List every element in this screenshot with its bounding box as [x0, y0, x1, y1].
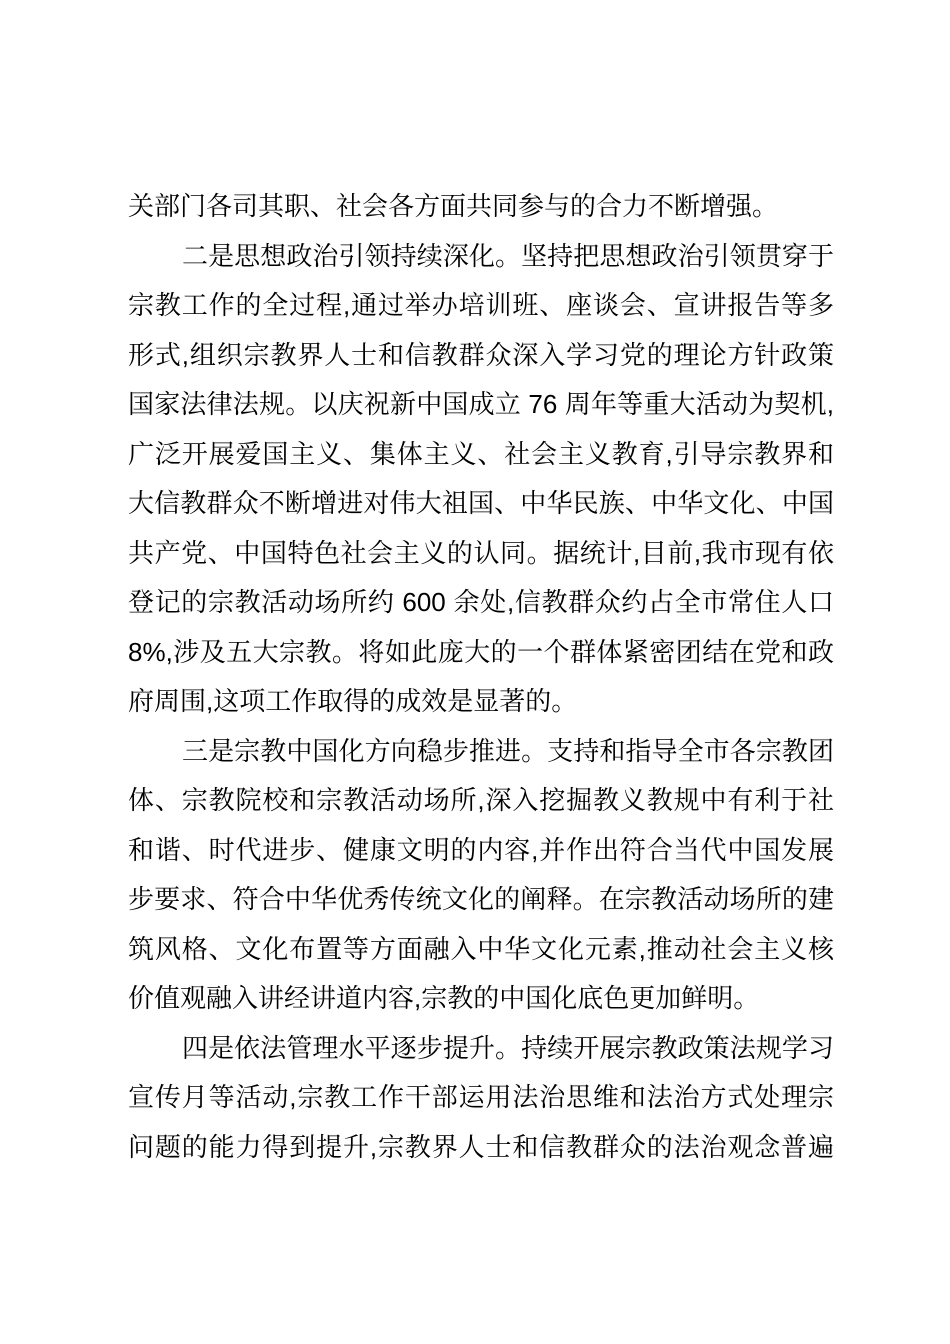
text-line: 体、宗教院校和宗教活动场所,深入挖掘教义教规中有利于社会 [128, 776, 834, 826]
text-line: 步要求、符合中华优秀传统文化的阐释。在宗教活动场所的建 [128, 875, 834, 925]
text-line: 价值观融入讲经讲道内容,宗教的中国化底色更加鲜明。 [128, 974, 834, 1024]
text-line: 问题的能力得到提升,宗教界人士和信教群众的法治观念普遍增 [128, 1123, 834, 1173]
text-line: 共产党、中国特色社会主义的认同。据统计,目前,我市现有依法 [128, 529, 834, 579]
text-line: 形式,组织宗教界人士和信教群众深入学习党的理论方针政策和 [128, 331, 834, 381]
text-line: 筑风格、文化布置等方面融入中华文化元素,推动社会主义核心 [128, 925, 834, 975]
text-line: 和谐、时代进步、健康文明的内容,并作出符合当代中国发展进 [128, 826, 834, 876]
text-line: 二是思想政治引领持续深化。坚持把思想政治引领贯穿于 [128, 232, 834, 282]
paragraph: 三是宗教中国化方向稳步推进。支持和指导全市各宗教团体、宗教院校和宗教活动场所,深… [128, 727, 834, 1024]
text-line: 关部门各司其职、社会各方面共同参与的合力不断增强。 [128, 182, 834, 232]
text-line: 8%,涉及五大宗教。将如此庞大的一个群体紧密团结在党和政 [128, 628, 834, 678]
text-line: 四是依法管理水平逐步提升。持续开展宗教政策法规学习 [128, 1024, 834, 1074]
document-body: 关部门各司其职、社会各方面共同参与的合力不断增强。二是思想政治引领持续深化。坚持… [128, 182, 834, 1172]
document-page: 关部门各司其职、社会各方面共同参与的合力不断增强。二是思想政治引领持续深化。坚持… [0, 0, 950, 1344]
text-line: 宗教工作的全过程,通过举办培训班、座谈会、宣讲报告等多种 [128, 281, 834, 331]
text-line: 宣传月等活动,宗教工作干部运用法治思维和法治方式处理宗教 [128, 1073, 834, 1123]
text-line: 府周围,这项工作取得的成效是显著的。 [128, 677, 834, 727]
text-line: 大信教群众不断增进对伟大祖国、中华民族、中华文化、中国 [128, 479, 834, 529]
paragraph: 四是依法管理水平逐步提升。持续开展宗教政策法规学习宣传月等活动,宗教工作干部运用… [128, 1024, 834, 1173]
text-line: 国家法律法规。以庆祝新中国成立 76 周年等重大活动为契机, [128, 380, 834, 430]
paragraph: 二是思想政治引领持续深化。坚持把思想政治引领贯穿于宗教工作的全过程,通过举办培训… [128, 232, 834, 727]
text-line: 登记的宗教活动场所约 600 余处,信教群众约占全市常住人口的 [128, 578, 834, 628]
paragraph: 关部门各司其职、社会各方面共同参与的合力不断增强。 [128, 182, 834, 232]
text-line: 广泛开展爱国主义、集体主义、社会主义教育,引导宗教界和广 [128, 430, 834, 480]
text-line: 三是宗教中国化方向稳步推进。支持和指导全市各宗教团 [128, 727, 834, 777]
